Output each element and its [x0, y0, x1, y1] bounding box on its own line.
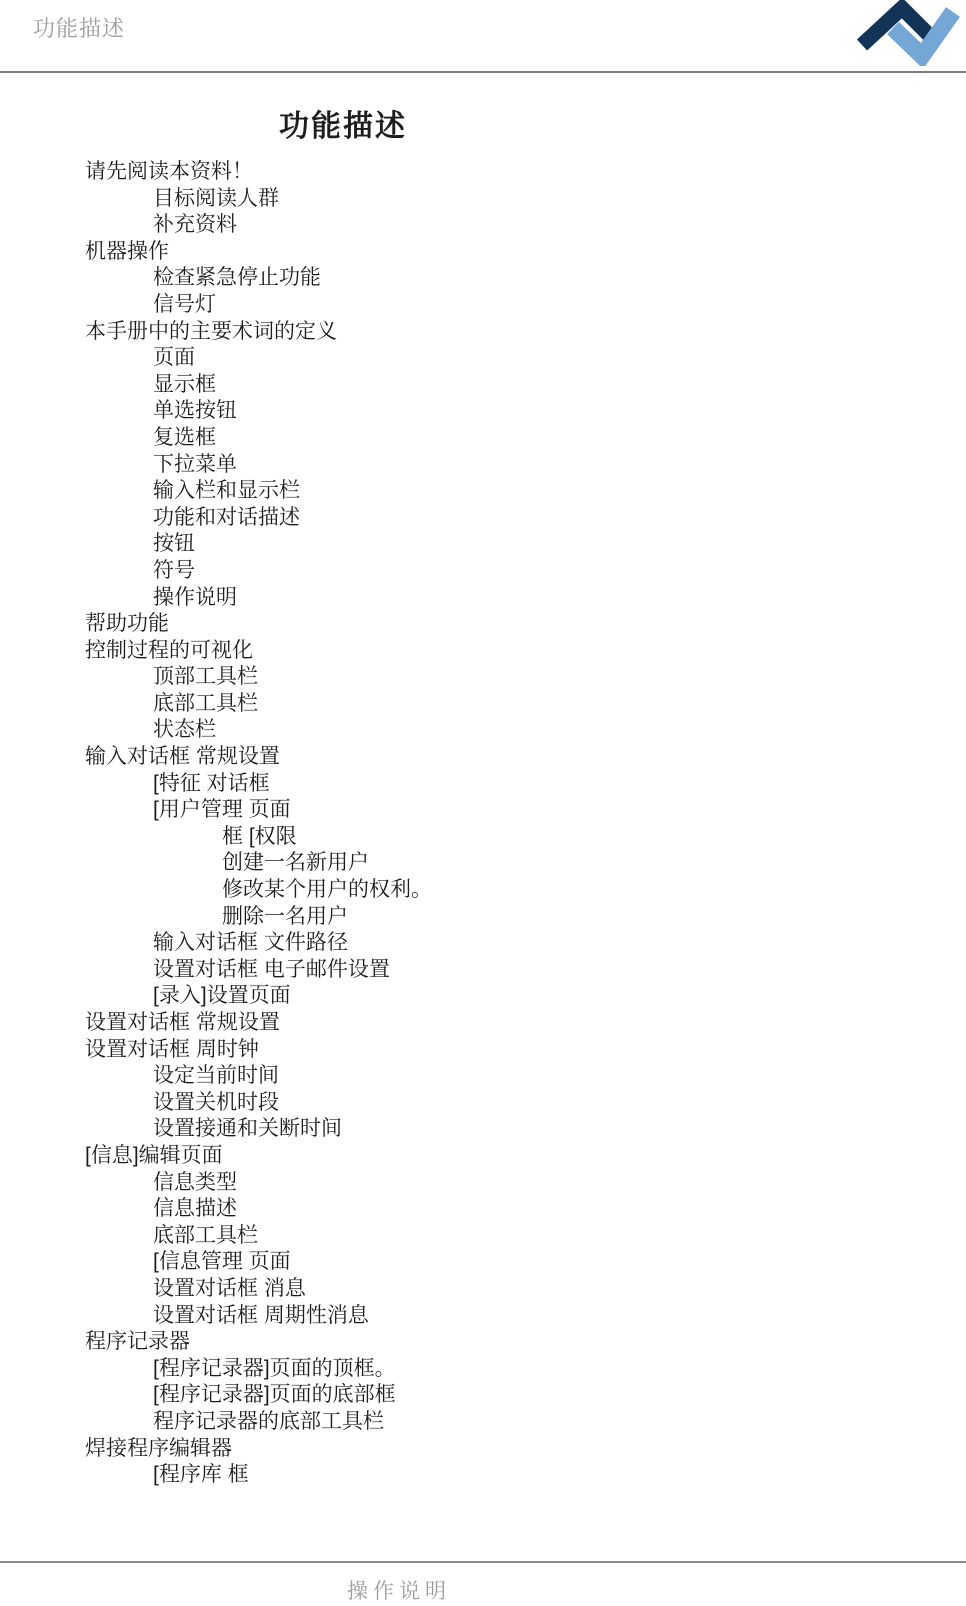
header-divider	[0, 71, 966, 73]
toc-item: [程序库 框	[85, 1462, 432, 1489]
toc-item: 删除一名用户	[85, 904, 432, 931]
toc-item: 输入对话框 文件路径	[85, 930, 432, 957]
toc-item: 顶部工具栏	[85, 664, 432, 691]
toc-item: 显示框	[85, 372, 432, 399]
toc-item: [录入]设置页面	[85, 983, 432, 1010]
toc-item: 输入栏和显示栏	[85, 478, 432, 505]
toc-item: 信息类型	[85, 1170, 432, 1197]
toc-item: 控制过程的可视化	[85, 638, 432, 665]
toc-item: 设置关机时段	[85, 1090, 432, 1117]
toc-item: 底部工具栏	[85, 1223, 432, 1250]
toc-item: 请先阅读本资料！	[85, 159, 432, 186]
toc-item: 设置对话框 消息	[85, 1276, 432, 1303]
toc-item: [信息]编辑页面	[85, 1143, 432, 1170]
toc-item: 输入对话框 常规设置	[85, 744, 432, 771]
toc-item: 信号灯	[85, 292, 432, 319]
toc-item: [程序记录器]页面的顶框。	[85, 1356, 432, 1383]
toc-item: 修改某个用户的权利。	[85, 877, 432, 904]
running-header-title: 功能描述	[33, 12, 125, 43]
toc-item: [特征 对话框	[85, 771, 432, 798]
toc-item: 单选按钮	[85, 398, 432, 425]
toc-item: 程序记录器的底部工具栏	[85, 1409, 432, 1436]
toc-item: 设置对话框 周期性消息	[85, 1303, 432, 1330]
toc-item: 目标阅读人群	[85, 186, 432, 213]
toc-item: 状态栏	[85, 717, 432, 744]
toc-item: 页面	[85, 345, 432, 372]
toc-item: 设定当前时间	[85, 1063, 432, 1090]
toc-item: 按钮	[85, 531, 432, 558]
toc-item: 程序记录器	[85, 1329, 432, 1356]
toc-item: 复选框	[85, 425, 432, 452]
toc-list: 请先阅读本资料！目标阅读人群补充资料机器操作检查紧急停止功能信号灯本手册中的主要…	[85, 159, 432, 1489]
toc-item: 操作说明	[85, 585, 432, 612]
toc-item: 框 [权限	[85, 824, 432, 851]
toc-item: 设置对话框 周时钟	[85, 1037, 432, 1064]
toc-item: 设置对话框 常规设置	[85, 1010, 432, 1037]
toc-item: 底部工具栏	[85, 691, 432, 718]
toc-item: [程序记录器]页面的底部框	[85, 1382, 432, 1409]
page-title: 功能描述	[85, 101, 601, 145]
toc-item: 符号	[85, 558, 432, 585]
toc-item: 设置接通和关断时间	[85, 1116, 432, 1143]
toc-item: 创建一名新用户	[85, 850, 432, 877]
toc-item: 信息描述	[85, 1196, 432, 1223]
toc-item: [信息管理 页面	[85, 1249, 432, 1276]
footer-divider	[0, 1561, 966, 1563]
toc-item: 帮助功能	[85, 611, 432, 638]
footer-page-label: 操作说明	[347, 1575, 451, 1605]
toc-item: 检查紧急停止功能	[85, 265, 432, 292]
toc-item: 功能和对话描述	[85, 505, 432, 532]
toc-item: 本手册中的主要术词的定义	[85, 319, 432, 346]
toc-item: [用户管理 页面	[85, 797, 432, 824]
toc-item: 机器操作	[85, 239, 432, 266]
brand-logo	[836, 0, 960, 66]
toc-item: 补充资料	[85, 212, 432, 239]
toc-item: 设置对话框 电子邮件设置	[85, 957, 432, 984]
toc-item: 下拉菜单	[85, 452, 432, 479]
toc-item: 焊接程序编辑器	[85, 1436, 432, 1463]
